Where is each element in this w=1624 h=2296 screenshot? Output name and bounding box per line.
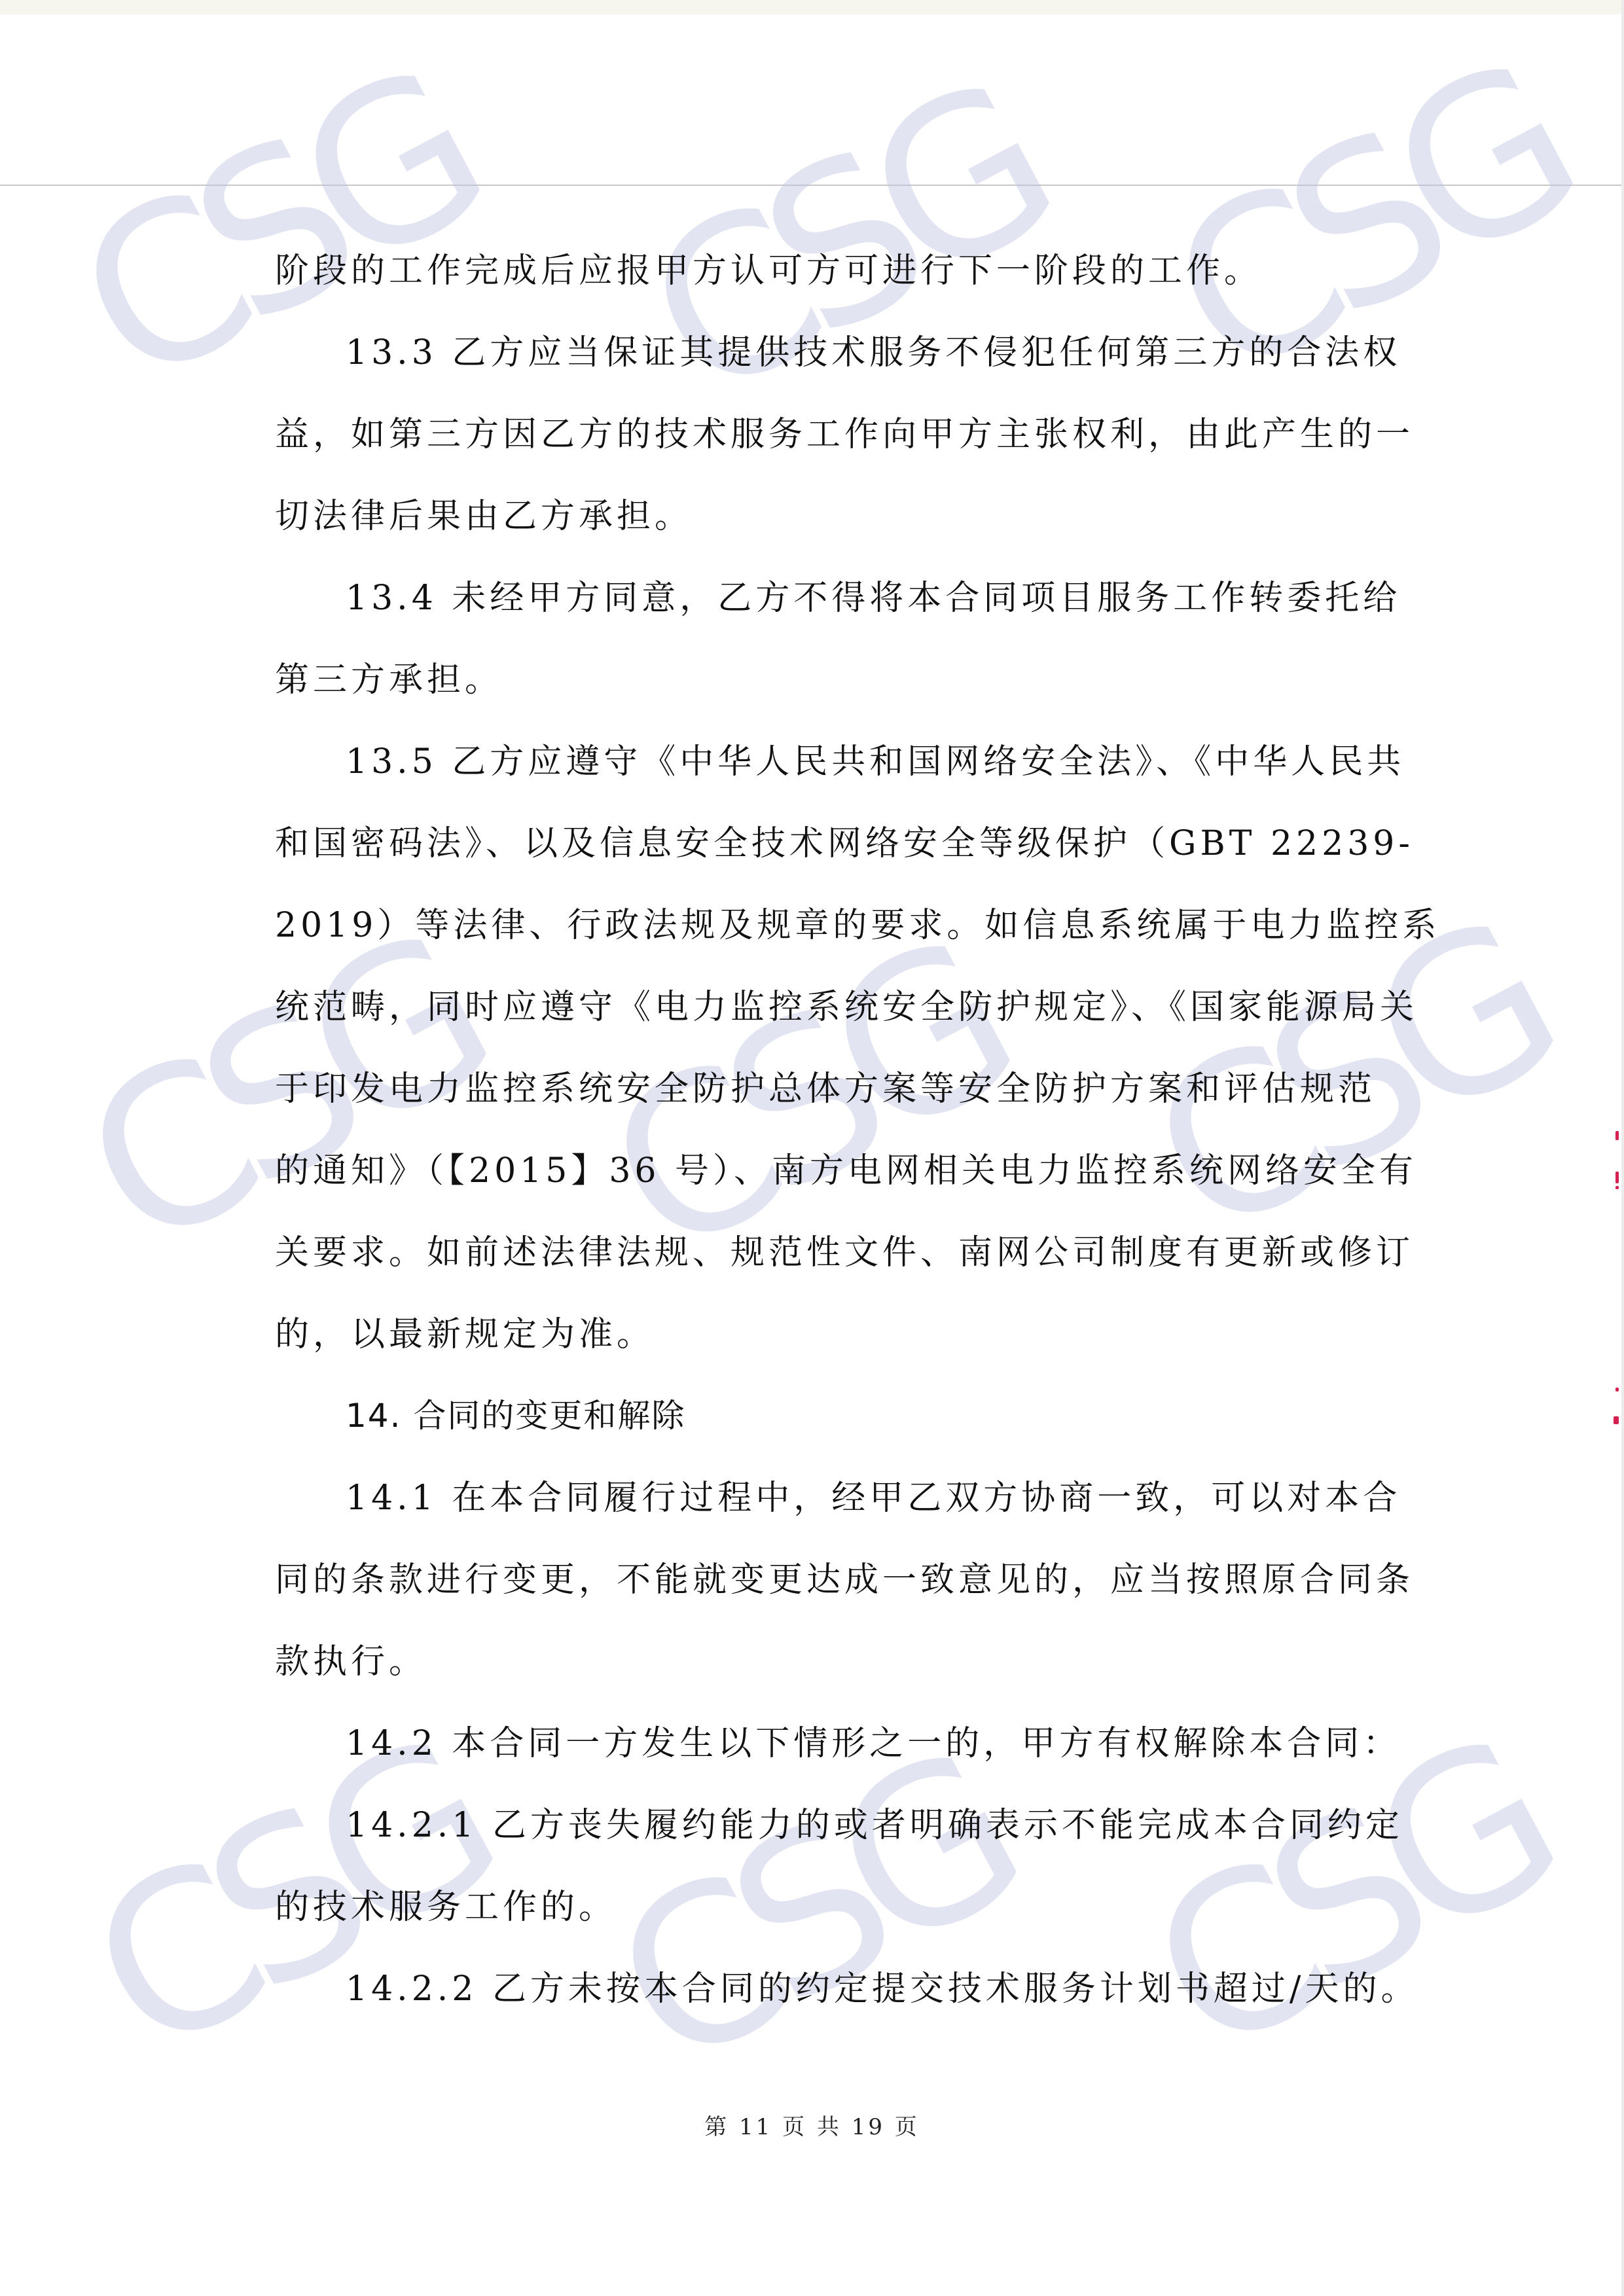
page-right-edge: [1621, 0, 1624, 2296]
clause-13-3: 13.3 乙方应当保证其提供技术服务不侵犯任何第三方的合法权: [346, 336, 1401, 370]
paragraph-line: 于印发电力监控系统安全防护总体方案等安全防护方案和评估规范: [275, 1072, 1376, 1106]
clause-13-4: 13.4 未经甲方同意，乙方不得将本合同项目服务工作转委托给: [346, 581, 1401, 615]
clause-14-2-2: 14.2.2 乙方未按本合同的约定提交技术服务计划书超过/天的。: [346, 1972, 1418, 2006]
paragraph-line: 第三方承担。: [275, 663, 503, 697]
watermark: CSG: [619, 55, 1070, 432]
edge-mark: [1615, 1388, 1619, 1391]
edge-mark: [1615, 1131, 1619, 1140]
paragraph-line: 阶段的工作完成后应报甲方认可方可进行下一阶段的工作。: [275, 254, 1262, 288]
header-rule: [0, 185, 1624, 186]
paragraph-line: 和国密码法》、以及信息安全技术网络安全等级保护（GBT 22239-: [275, 827, 1414, 861]
section-heading-14: 14. 合同的变更和解除: [346, 1399, 685, 1432]
paragraph-line: 的通知》（【2015】36 号）、南方电网相关电力监控系统网络安全有: [275, 1154, 1417, 1188]
clause-13-5: 13.5 乙方应遵守《中华人民共和国网络安全法》、《中华人民共: [346, 745, 1405, 779]
paragraph-line: 款执行。: [275, 1645, 427, 1679]
page-number-footer: 第 11 页 共 19 页: [0, 2109, 1624, 2141]
paragraph-line: 关要求。如前述法律法规、规范性文件、南网公司制度有更新或修订: [275, 1236, 1414, 1270]
edge-mark: [1615, 1186, 1619, 1189]
edge-mark: [1615, 1172, 1619, 1183]
clause-14-2: 14.2 本合同一方发生以下情形之一的，甲方有权解除本合同：: [346, 1727, 1401, 1761]
paragraph-line: 2019）等法律、行政法规及规章的要求。如信息系统属于电力监控系: [275, 908, 1440, 942]
clause-14-2-1: 14.2.1 乙方丧失履约能力的或者明确表示不能完成本合同约定: [346, 1808, 1403, 1842]
edge-mark: [1614, 1416, 1619, 1424]
paragraph-line: 益，如第三方因乙方的技术服务工作向甲方主张权利，由此产生的一: [275, 418, 1414, 452]
clause-14-1: 14.1 在本合同履行过程中，经甲乙双方协商一致，可以对本合: [346, 1481, 1401, 1515]
paragraph-line: 的技术服务工作的。: [275, 1890, 617, 1924]
paragraph-line: 统范畴，同时应遵守《电力监控系统安全防护规定》、《国家能源局关: [275, 990, 1418, 1024]
paragraph-line: 同的条款进行变更，不能就变更达成一致意见的，应当按照原合同条: [275, 1563, 1414, 1597]
watermark: CSG: [1123, 1711, 1574, 2088]
watermark: CSG: [586, 1724, 1038, 2101]
paragraph-line: 的，以最新规定为准。: [275, 1318, 655, 1352]
paragraph-line: 切法律后果由乙方承担。: [275, 499, 693, 533]
scan-top-band: [0, 0, 1624, 14]
